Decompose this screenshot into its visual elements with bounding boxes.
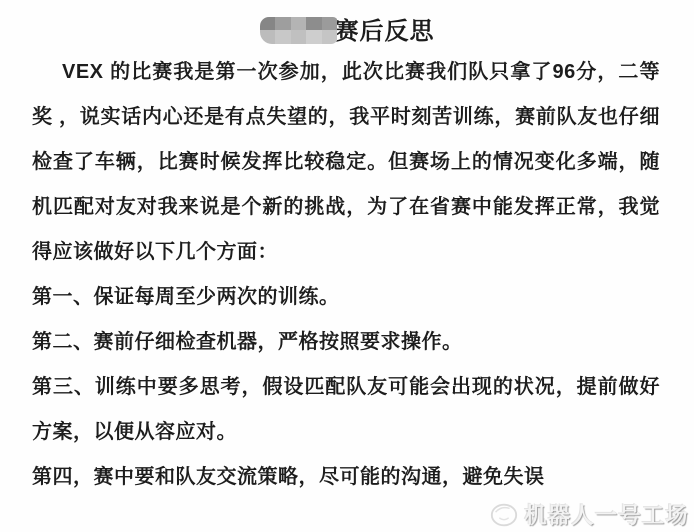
mosaic-cell — [306, 30, 322, 44]
mosaic-cell — [275, 30, 291, 44]
mosaic-row — [260, 30, 338, 44]
document-page: 赛后反思 VEX 的比赛我是第一次参加，此次比赛我们队只拿了96分，二等 奖 ，… — [0, 0, 694, 532]
body-line-8: 第三、训练中要多思考，假设匹配队友可能会出现的状况，提前做好 — [32, 365, 660, 410]
body-line-7: 第二、赛前仔细检查机器，严格按照要求操作。 — [32, 320, 660, 365]
body-line-3: 检查了车辆，比赛时候发挥比较稳定。但赛场上的情况变化多端，随 — [32, 140, 660, 185]
redaction-mosaic — [260, 17, 338, 44]
body-line-9: 方案，以便从容应对。 — [32, 410, 660, 455]
body-line-5: 得应该做好以下几个方面： — [32, 230, 660, 275]
mosaic-row — [260, 17, 338, 31]
mosaic-cell — [260, 17, 276, 31]
body-line-6: 第一、保证每周至少两次的训练。 — [32, 275, 660, 320]
watermark: 机器人一号工场 — [489, 499, 689, 530]
document-body: VEX 的比赛我是第一次参加，此次比赛我们队只拿了96分，二等 奖 ，说实话内心… — [32, 50, 660, 500]
body-line-10: 第四，赛中要和队友交流策略，尽可能的沟通，避免失误 — [32, 455, 660, 500]
mosaic-cell — [322, 17, 338, 31]
watermark-text: 机器人一号工场 — [524, 499, 689, 530]
mosaic-cell — [306, 17, 322, 31]
title-text: 赛后反思 — [335, 11, 435, 46]
document-title: 赛后反思 — [0, 10, 694, 46]
mosaic-cell — [322, 30, 338, 44]
body-line-2: 奖 ，说实话内心还是有点失望的，我平时刻苦训练，赛前队友也仔细 — [32, 95, 660, 140]
mosaic-cell — [291, 30, 307, 44]
body-line-1: VEX 的比赛我是第一次参加，此次比赛我们队只拿了96分，二等 — [32, 50, 660, 95]
robot-factory-logo-icon — [489, 500, 519, 530]
mosaic-cell — [291, 17, 307, 31]
mosaic-cell — [260, 30, 276, 44]
body-line-4: 机匹配对友对我来说是个新的挑战，为了在省赛中能发挥正常，我觉 — [32, 185, 660, 230]
mosaic-cell — [275, 17, 291, 31]
